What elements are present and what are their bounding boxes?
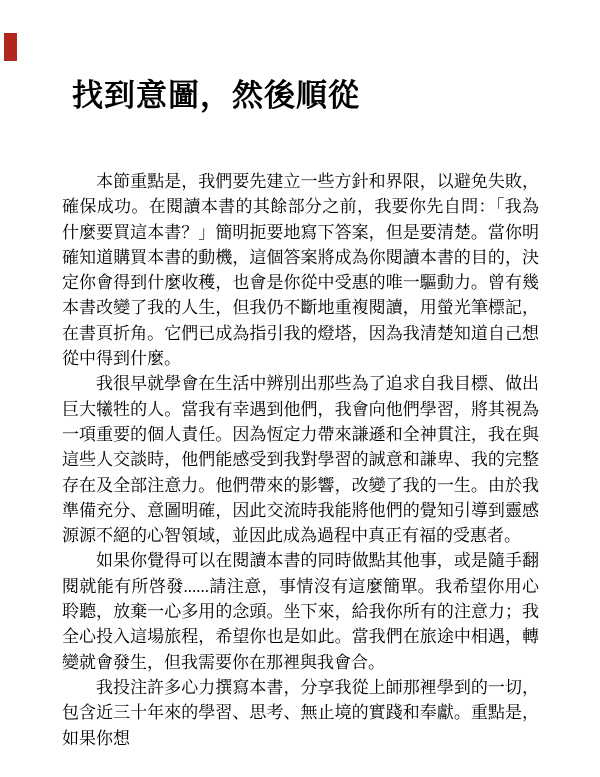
body-text: 本節重點是，我們要先建立一些方針和界限，以避免失敗，確保成功。在閱讀本書的其餘部… — [62, 169, 539, 751]
paragraph: 如果你覺得可以在閱讀本書的同時做點其他事，或是隨手翻閱就能有所啓發......請… — [62, 548, 539, 674]
paragraph: 本節重點是，我們要先建立一些方針和界限，以避免失敗，確保成功。在閱讀本書的其餘部… — [62, 169, 539, 371]
book-page: 找到意圖，然後順從 本節重點是，我們要先建立一些方針和界限，以避免失敗，確保成功… — [0, 0, 600, 777]
chapter-title: 找到意圖，然後順從 — [72, 79, 360, 113]
bookmark-icon[interactable] — [4, 33, 17, 61]
paragraph: 我很早就學會在生活中辨別出那些為了追求自我目標、做出巨大犧牲的人。當我有幸遇到他… — [62, 371, 539, 548]
paragraph: 我投注許多心力撰寫本書，分享我從上師那裡學到的一切，包含近三十年來的學習、思考、… — [62, 675, 539, 751]
